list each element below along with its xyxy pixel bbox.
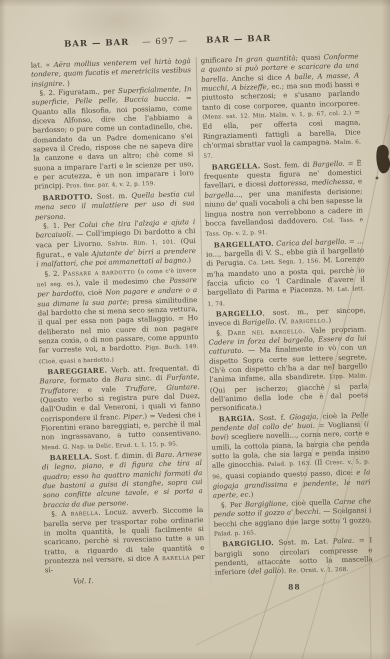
running-head: BAR — BAR — 697 — BAR — BAR (30, 31, 360, 54)
dictionary-paragraph: gnificare In gran quantità; quasi Confor… (201, 52, 362, 162)
running-head-left: BAR — BAR (64, 38, 129, 50)
volume-label: Vol. I. (45, 573, 205, 587)
dictionary-paragraph: §. A barella. Locuz. avverb. Siccome la … (43, 506, 205, 576)
dictionary-paragraph: lat. « Aëra mollius venterem vel hirtà t… (31, 57, 192, 89)
dictionary-paragraph: §. 2. Figuratam., per Superficialmente, … (31, 85, 194, 193)
two-column-text: lat. « Aëra mollius venterem vel hirtà t… (31, 52, 376, 598)
book-page: BAR — BAR — 697 — BAR — BAR lat. « Aëra … (0, 0, 390, 659)
dictionary-paragraph: §. Per Bargiglione, cioè quella Carne ch… (213, 497, 372, 540)
dictionary-paragraph: BARGELLATO. Carica del bargello. = ... i… (206, 236, 366, 310)
dictionary-paragraph: BARELLA. Sost. f. dimin. di Bara. Arnese… (42, 449, 204, 511)
running-head-right: BAR — BAR (206, 34, 271, 46)
dictionary-paragraph: BARDOTTO. Sost. m. Quella bestia cui men… (34, 189, 195, 222)
dictionary-paragraph: BAREGGIARE. Verb. att. frequentat. di Ba… (39, 363, 201, 454)
dictionary-paragraph: §. Dare nel bargello. Vale propriam. Cad… (208, 325, 368, 414)
dictionary-paragraph: §. 1. Per Colui che tira l'alzaja e ajut… (35, 218, 196, 270)
dictionary-paragraph: BARGELLA. Sost. fem. di Bargello. = È fr… (204, 158, 364, 240)
text-column-right: gnificare In gran quantità; quasi Confor… (201, 52, 374, 593)
screenshot-root: { "page": { "header_left": "BAR — BAR", … (0, 0, 390, 659)
dictionary-paragraph: BARGIA. Sost. f. Giogaja, cioè la Pelle … (211, 410, 371, 501)
dictionary-paragraph: BARGIGLIO. Sost. m. Lat. Palea. = I barg… (214, 535, 373, 579)
page-number: — 697 — (142, 36, 188, 47)
ink-blot (376, 145, 390, 179)
sheet-signature: 88 (215, 580, 373, 594)
text-column-left: lat. « Aëra mollius venterem vel hirtà t… (31, 57, 206, 598)
dictionary-paragraph: §. 2. Passare a bardotto (o come c'è inv… (36, 266, 199, 368)
printed-text-block: BAR — BAR — 697 — BAR — BAR lat. « Aëra … (30, 31, 375, 598)
